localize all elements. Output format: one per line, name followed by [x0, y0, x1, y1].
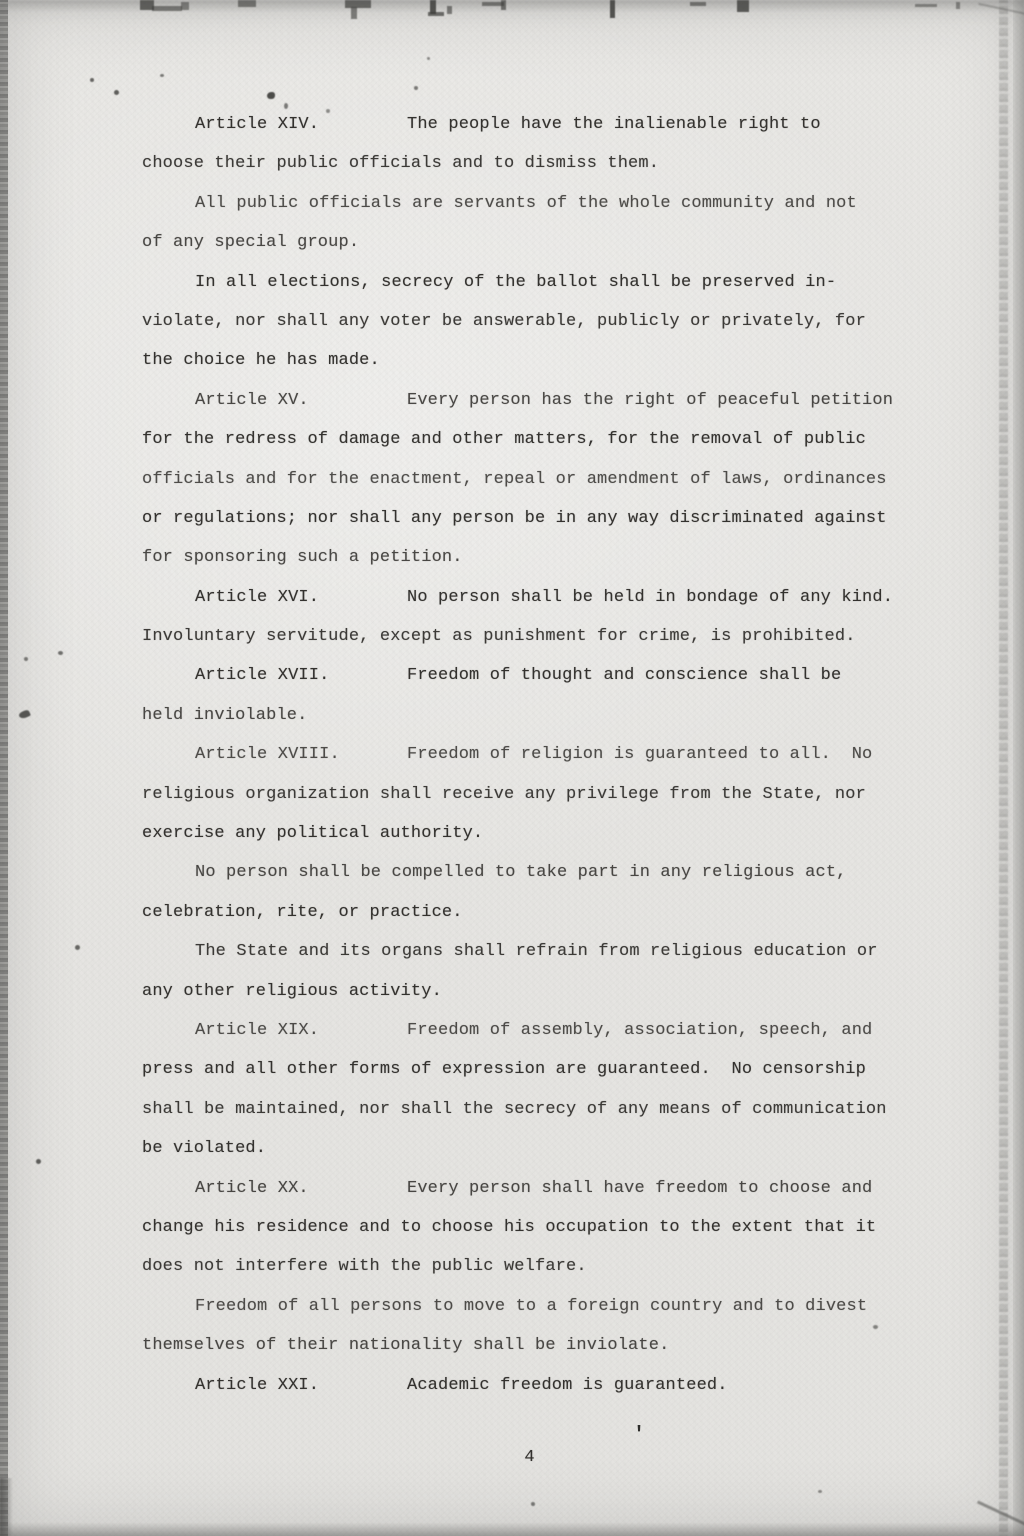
- text-line: held inviolable.: [142, 696, 917, 735]
- text-line: choose their public officials and to dis…: [142, 144, 917, 183]
- article-label: Article XX.: [142, 1169, 407, 1208]
- scan-corner-mark: [0, 1478, 13, 1536]
- text-line: or regulations; nor shall any person be …: [142, 499, 917, 538]
- text-line: shall be maintained, nor shall the secre…: [142, 1090, 917, 1129]
- top-smudge: [956, 2, 960, 9]
- paper-speck: [58, 651, 63, 655]
- article-line: Article XIV.The people have the inaliena…: [142, 105, 917, 144]
- text-line: for the redress of damage and other matt…: [142, 420, 917, 459]
- article-line: Article XX.Every person shall have freed…: [142, 1169, 917, 1208]
- page-fold-line: [999, 0, 1008, 1536]
- article-text: Freedom of assembly, association, speech…: [407, 1021, 872, 1040]
- paper-speck: [531, 1502, 535, 1506]
- article-label: Article XXI.: [142, 1366, 407, 1405]
- paper-speck: [267, 92, 275, 99]
- text-line: does not interfere with the public welfa…: [142, 1247, 917, 1286]
- text-line: Freedom of all persons to move to a fore…: [142, 1287, 917, 1326]
- paper-speck: [114, 90, 119, 95]
- top-smudge: [501, 0, 506, 10]
- paper-speck: [818, 1490, 822, 1493]
- article-text: No person shall be held in bondage of an…: [407, 588, 893, 607]
- text-line: In all elections, secrecy of the ballot …: [142, 263, 917, 302]
- top-smudge: [152, 6, 182, 11]
- article-line: Article XVIII.Freedom of religion is gua…: [142, 735, 917, 774]
- text-line: officials and for the enactment, repeal …: [142, 460, 917, 499]
- top-smudge: [238, 0, 256, 7]
- scan-right-edge: [1013, 0, 1024, 1536]
- article-line: Article XV.Every person has the right of…: [142, 381, 917, 420]
- text-line: The State and its organs shall refrain f…: [142, 932, 917, 971]
- text-line: be violated.: [142, 1129, 917, 1168]
- top-smudge: [351, 7, 357, 19]
- stray-apostrophe: ': [633, 1424, 645, 1447]
- top-smudge: [690, 2, 706, 6]
- paper-speck: [414, 86, 418, 90]
- text-line: change his residence and to choose his o…: [142, 1208, 917, 1247]
- article-line: Article XIX.Freedom of assembly, associa…: [142, 1011, 917, 1050]
- text-line: the choice he has made.: [142, 341, 917, 380]
- paper-speck: [427, 57, 430, 60]
- article-text: The people have the inalienable right to: [407, 115, 821, 134]
- top-smudge: [428, 12, 444, 16]
- top-smudge: [447, 6, 452, 14]
- text-line: violate, nor shall any voter be answerab…: [142, 302, 917, 341]
- article-text: Freedom of thought and conscience shall …: [407, 666, 841, 685]
- article-text: Every person has the right of peaceful p…: [407, 391, 893, 410]
- article-label: Article XIX.: [142, 1011, 407, 1050]
- text-line: for sponsoring such a petition.: [142, 538, 917, 577]
- article-line: Article XVII.Freedom of thought and cons…: [142, 656, 917, 695]
- paper-speck: [160, 74, 164, 77]
- text-line: of any special group.: [142, 223, 917, 262]
- article-label: Article XVIII.: [142, 735, 407, 774]
- text-line: No person shall be compelled to take par…: [142, 853, 917, 892]
- text-line: exercise any political authority.: [142, 814, 917, 853]
- text-line: religious organization shall receive any…: [142, 775, 917, 814]
- top-smudge: [181, 2, 189, 10]
- document-text: Article XIV.The people have the inaliena…: [142, 105, 917, 1405]
- text-line: any other religious activity.: [142, 972, 917, 1011]
- paper-speck: [24, 657, 28, 661]
- top-smudge: [610, 0, 615, 18]
- article-label: Article XVI.: [142, 578, 407, 617]
- article-label: Article XIV.: [142, 105, 407, 144]
- article-label: Article XV.: [142, 381, 407, 420]
- paper-speck: [18, 709, 31, 720]
- page-number: 4: [142, 1448, 917, 1467]
- top-smudge: [915, 4, 937, 7]
- text-line: Involuntary servitude, except as punishm…: [142, 617, 917, 656]
- paper-speck: [36, 1159, 41, 1164]
- text-line: themselves of their nationality shall be…: [142, 1326, 917, 1365]
- paper-speck: [90, 78, 94, 82]
- scan-bottom-edge: [0, 1522, 1024, 1536]
- top-smudge: [345, 0, 371, 8]
- article-text: Academic freedom is guaranteed.: [407, 1376, 728, 1395]
- article-line: Article XVI.No person shall be held in b…: [142, 578, 917, 617]
- top-smudge: [737, 0, 749, 12]
- text-line: celebration, rite, or practice.: [142, 893, 917, 932]
- article-label: Article XVII.: [142, 656, 407, 695]
- article-line: Article XXI.Academic freedom is guarante…: [142, 1366, 917, 1405]
- article-text: Every person shall have freedom to choos…: [407, 1179, 872, 1198]
- text-line: press and all other forms of expression …: [142, 1050, 917, 1089]
- film-edge-left: [0, 0, 8, 1536]
- text-line: All public officials are servants of the…: [142, 184, 917, 223]
- scanned-page: { "page": { "background": "#e8e7e4", "in…: [0, 0, 1024, 1536]
- paper-speck: [75, 945, 80, 950]
- article-text: Freedom of religion is guaranteed to all…: [407, 745, 872, 764]
